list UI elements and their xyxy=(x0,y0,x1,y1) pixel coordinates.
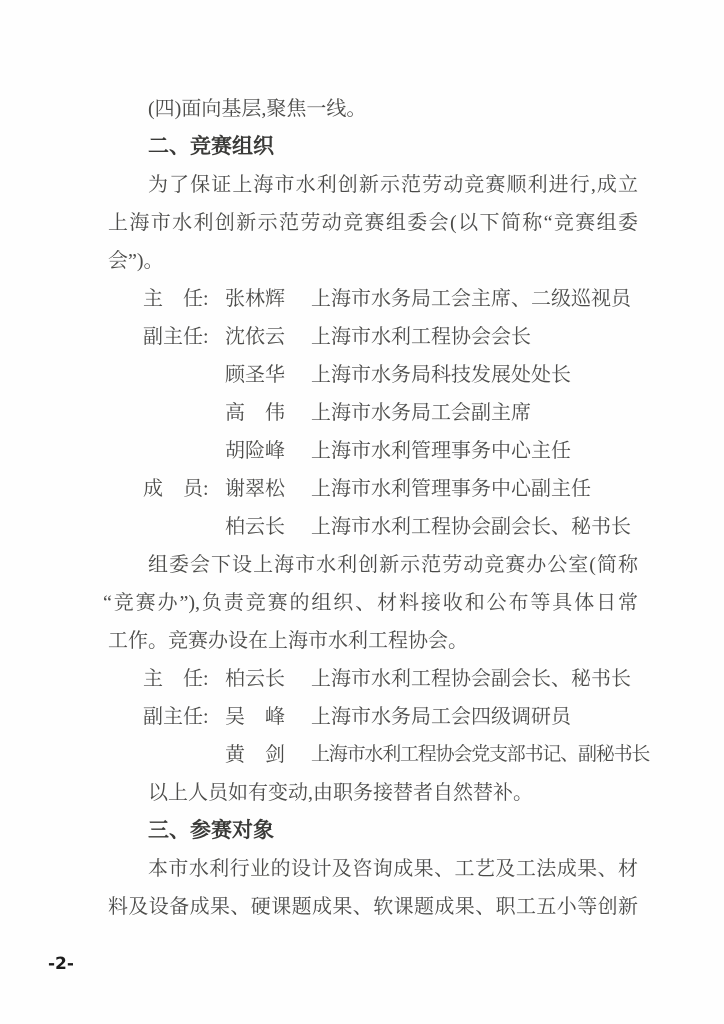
roster-person-name: 柏云长 xyxy=(225,508,311,546)
roster-person-name: 高 伟 xyxy=(225,394,311,432)
roster-row: 成 员: 谢翠松 上海市水利管理事务中心副主任 xyxy=(143,470,638,508)
roster-role-label: 主 任: xyxy=(143,280,225,318)
roster-person-name: 吴 峰 xyxy=(225,698,311,736)
roster-person-title: 上海市水利管理事务中心副主任 xyxy=(311,470,591,508)
roster-row: 主 任: 柏云长 上海市水利工程协会副会长、秘书长 xyxy=(143,660,638,698)
roster-row: 胡险峰 上海市水利管理事务中心主任 xyxy=(143,432,638,470)
roster-person-title: 上海市水务局工会四级调研员 xyxy=(311,698,571,736)
roster-person-name: 谢翠松 xyxy=(225,470,311,508)
roster-role-label: 副主任: xyxy=(143,698,225,736)
paragraph-line: 组委会下设上海市水利创新示范劳动竞赛办公室(简称 xyxy=(108,546,638,584)
paragraph-line: “竞赛办”),负责竞赛的组织、材料接收和公布等具体日常 xyxy=(108,584,638,622)
roster-person-title: 上海市水利工程协会会长 xyxy=(311,318,531,356)
roster-role-label: 副主任: xyxy=(143,318,225,356)
roster-person-name: 黄 剑 xyxy=(225,736,311,774)
roster-person-title: 上海市水利管理事务中心主任 xyxy=(311,432,571,470)
clause-four-line: (四)面向基层,聚焦一线。 xyxy=(108,90,638,128)
paragraph-line: 为了保证上海市水利创新示范劳动竞赛顺利进行,成立 xyxy=(108,166,638,204)
roster-role-label: 主 任: xyxy=(143,660,225,698)
paragraph-line: 上海市水利创新示范劳动竞赛组委会(以下简称“竞赛组委 xyxy=(108,204,638,242)
section2-heading: 二、竞赛组织 xyxy=(108,128,638,166)
paragraph-line: 会”)。 xyxy=(108,242,638,280)
roster-person-title: 上海市水务局工会副主席 xyxy=(311,394,531,432)
roster-row: 黄 剑 上海市水利工程协会党支部书记、副秘书长 xyxy=(143,736,638,774)
roster-person-title: 上海市水利工程协会副会长、秘书长 xyxy=(311,508,631,546)
roster-person-title: 上海市水利工程协会副会长、秘书长 xyxy=(311,660,631,698)
roster-row: 柏云长 上海市水利工程协会副会长、秘书长 xyxy=(143,508,638,546)
paragraph-line: 料及设备成果、硬课题成果、软课题成果、职工五小等创新 xyxy=(108,888,638,926)
roster-role-label xyxy=(143,394,225,432)
roster-role-label xyxy=(143,736,225,774)
roster-person-name: 柏云长 xyxy=(225,660,311,698)
roster-role-label xyxy=(143,508,225,546)
roster-role-label xyxy=(143,356,225,394)
document-page: (四)面向基层,聚焦一线。 二、竞赛组织 为了保证上海市水利创新示范劳动竞赛顺利… xyxy=(0,0,724,1024)
section3-heading: 三、参赛对象 xyxy=(108,812,638,850)
roster-person-title: 上海市水务局工会主席、二级巡视员 xyxy=(311,280,631,318)
roster-person-name: 顾圣华 xyxy=(225,356,311,394)
roster-person-name: 张林辉 xyxy=(225,280,311,318)
paragraph-line: 以上人员如有变动,由职务接替者自然替补。 xyxy=(108,774,638,812)
roster-person-name: 胡险峰 xyxy=(225,432,311,470)
document-body: (四)面向基层,聚焦一线。 二、竞赛组织 为了保证上海市水利创新示范劳动竞赛顺利… xyxy=(108,90,638,926)
roster-row: 顾圣华 上海市水务局科技发展处处长 xyxy=(143,356,638,394)
page-number: -2- xyxy=(48,954,74,974)
roster-person-title: 上海市水务局科技发展处处长 xyxy=(311,356,571,394)
roster-person-title: 上海市水利工程协会党支部书记、副秘书长 xyxy=(311,736,649,774)
roster-person-name: 沈依云 xyxy=(225,318,311,356)
roster-role-label: 成 员: xyxy=(143,470,225,508)
roster-row: 副主任: 沈依云 上海市水利工程协会会长 xyxy=(143,318,638,356)
roster-role-label xyxy=(143,432,225,470)
paragraph-line: 本市水利行业的设计及咨询成果、工艺及工法成果、材 xyxy=(108,850,638,888)
roster-row: 主 任: 张林辉 上海市水务局工会主席、二级巡视员 xyxy=(143,280,638,318)
roster-row: 高 伟 上海市水务局工会副主席 xyxy=(143,394,638,432)
roster-row: 副主任: 吴 峰 上海市水务局工会四级调研员 xyxy=(143,698,638,736)
paragraph-line: 工作。竞赛办设在上海市水利工程协会。 xyxy=(108,622,638,660)
